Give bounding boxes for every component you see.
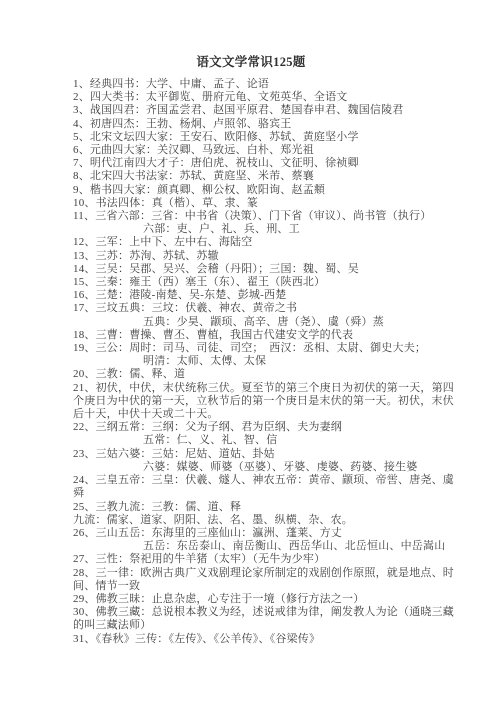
doc-line: 7、明代江南四大才子：唐伯虎、祝枝山、文征明、徐祯卿 [73, 157, 429, 170]
doc-line-wrap: 后十天，中伏十天或二十天。 [73, 408, 429, 421]
doc-line: 21、初伏，中伏，末伏统称三伏。夏至节的第三个庚日为初伏的第一天，第四 [73, 382, 429, 395]
doc-line-wrap: 的叫三藏法师） [73, 619, 429, 632]
doc-line: 24、三皇五帝：三皇：伏羲、燧人、神农五帝：黄帝、颛顼、帝喾、唐尧、虞 [73, 474, 429, 487]
doc-line-sub: 六婆：媒婆、师婆（巫婆）、牙婆、虔婆、药婆、接生婆 [143, 461, 429, 474]
doc-line-wrap: 个庚日为中伏的第一天，立秋节后的第一个庚日是末伏的第一天。初伏，末伏 [73, 395, 429, 408]
doc-line: 14、三吴：吴郡、吴兴、会稽（丹阳）；三国：魏、蜀、吴 [73, 263, 429, 276]
doc-line: 23、三姑六婆：三姑：尼姑、道姑、卦姑 [73, 448, 429, 461]
doc-line: 16、三楚：港陵-南楚、吴-东楚、彭城-西楚 [73, 289, 429, 302]
doc-line: 1、经典四书：大学、中庸、孟子、论语 [73, 78, 429, 91]
doc-line-sub: 五典：少昊、颛顼、高辛、唐（尧）、虞（舜）蒸 [143, 316, 429, 329]
doc-line: 20、三教：儒、释、道 [73, 368, 429, 381]
doc-line: 3、战国四君：齐国孟尝君、赵国平原君、楚国春申君、魏国信陵君 [73, 104, 429, 117]
doc-line: 13、三苏：苏洵、苏轼、苏辙 [73, 250, 429, 263]
doc-line: 6、元曲四大家：关汉卿、马致远、白朴、郑光祖 [73, 144, 429, 157]
doc-line: 28、三一律：欧洲古典广义戏剧理论家所制定的戏剧创作原照，就是地点、时 [73, 567, 429, 580]
document-title: 语文文学常识125题 [73, 55, 429, 69]
doc-line: 11、三省六部：三省：中书省（决策）、门下省（审议）、尚书管（执行） [73, 210, 429, 223]
doc-line: 15、三秦：雍王（西）塞王（东）、翟王（陕西北） [73, 276, 429, 289]
doc-line: 4、初唐四杰：王勃、杨炯、卢照邻、骆宾王 [73, 118, 429, 131]
doc-line-wrap: 舜 [73, 487, 429, 500]
doc-line: 8、北宋四大书法家：苏轼、黄庭坚、米芾、蔡襄 [73, 170, 429, 183]
doc-line: 29、佛教三昧：止息杂虑，心专注于一境（修行方法之一） [73, 593, 429, 606]
doc-line: 27、三性：祭祀用的牛羊猪（太牢）（无牛为少牢） [73, 553, 429, 566]
doc-line-wrap: 间、情节一致 [73, 580, 429, 593]
doc-line-wrap: 九流：儒家、道家、阴阳、法、名、墨、纵横、杂、农。 [73, 514, 429, 527]
doc-line: 30、佛教三藏：总说根本教义为经，述说戒律为律，阐发教人为论（通晓三藏 [73, 606, 429, 619]
document-content: 语文文学常识125题 1、经典四书：大学、中庸、孟子、论语 2、四大类书：太平御… [73, 55, 429, 646]
doc-line-sub: 六部：吏、户、礼、兵、刑、工 [143, 223, 429, 236]
doc-line: 18、三曹：曹操、曹丕、曹植，我国古代建安文学的代表 [73, 329, 429, 342]
doc-line: 10、书法四体：真（楷）、草、隶、篆 [73, 197, 429, 210]
doc-line: 22、三纲五常：三纲：父为子纲、君为臣纲、夫为妻纲 [73, 421, 429, 434]
doc-line: 31、《春秋》三传：《左传》、《公羊传》、《谷梁传》 [73, 633, 429, 646]
document-page: 语文文学常识125题 1、经典四书：大学、中庸、孟子、论语 2、四大类书：太平御… [0, 0, 500, 707]
doc-line: 2、四大类书：太平御览、册府元龟、文苑英华、全语文 [73, 91, 429, 104]
doc-line-sub: 五岳：东岳泰山、南岳衡山、西岳华山、北岳恒山、中岳嵩山 [143, 540, 429, 553]
doc-line: 5、北宋文坛四大家：王安石、欧阳修、苏轼、黄庭坚小学 [73, 131, 429, 144]
doc-line: 17、三坟五典：三坟：伏羲、神农、黄帝之书 [73, 302, 429, 315]
doc-line: 26、三山五岳：东海里的三座仙山：瀛洲、蓬莱、方丈 [73, 527, 429, 540]
doc-line: 9、楷书四大家：颜真卿、柳公权、欧阳询、赵孟頫 [73, 184, 429, 197]
doc-line: 25、三教九流：三教：儒、道、释 [73, 501, 429, 514]
doc-line: 12、三军：上中下、左中右、海陆空 [73, 236, 429, 249]
doc-line-sub: 五常：仁、义、礼、智、信 [143, 434, 429, 447]
doc-line-sub: 明清：太师、太傅、太保 [143, 355, 429, 368]
doc-line: 19、三公：周时：司马、司徒、司空； 西汉：丞相、太尉、御史大夫； [73, 342, 429, 355]
